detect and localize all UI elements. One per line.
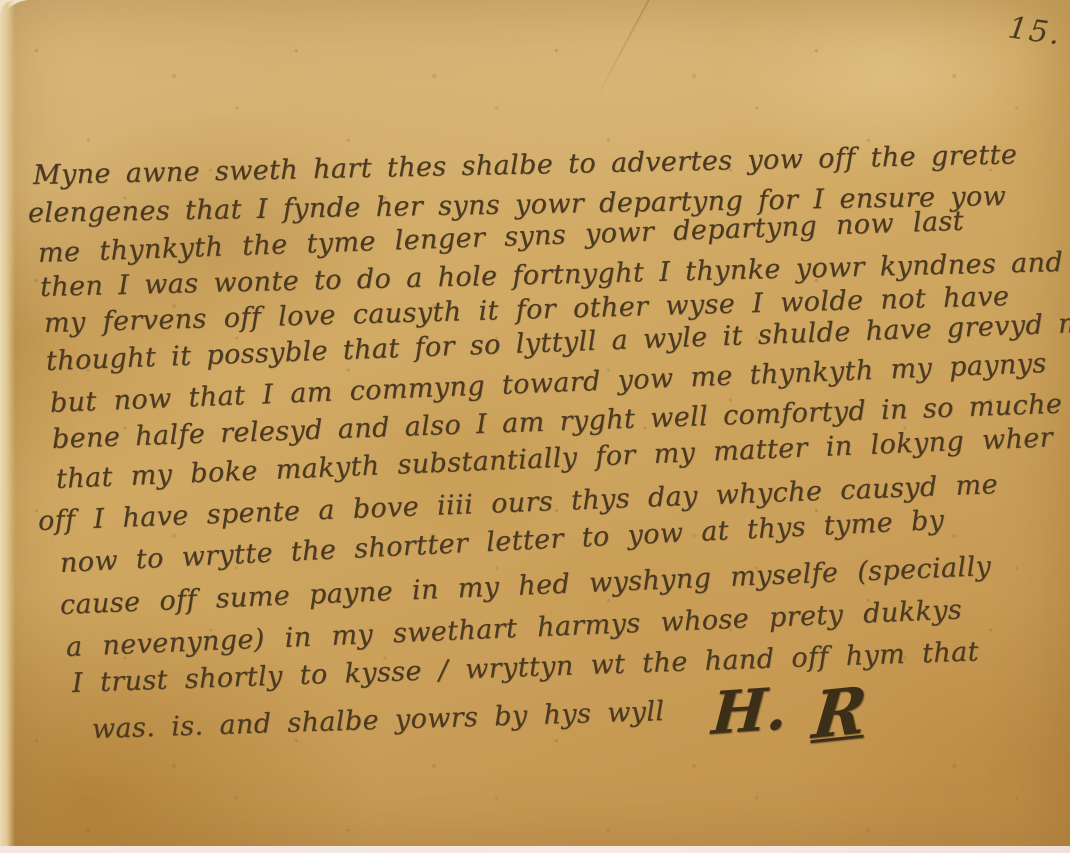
monogram-flourish-icon: R xyxy=(810,679,870,750)
torn-left-edge xyxy=(0,0,15,853)
royal-signature: H. R xyxy=(712,682,866,746)
manuscript-scan: 15. Myne awne sweth hart thes shalbe to … xyxy=(0,0,1070,853)
monogram-hr-icon: H. xyxy=(710,679,789,743)
scan-bottom-edge xyxy=(0,846,1070,853)
page-number: 15. xyxy=(1006,10,1064,52)
